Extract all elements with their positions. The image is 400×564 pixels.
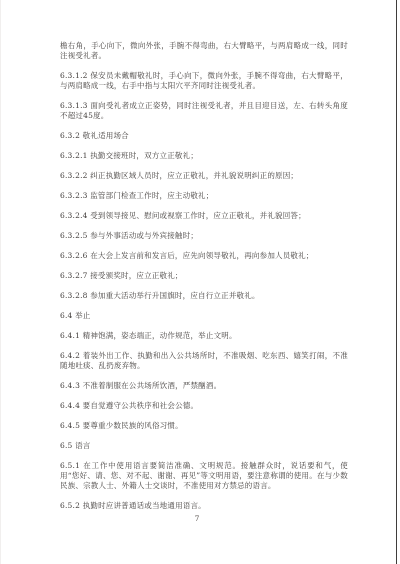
paragraph: 6.4.1 精神饱满，姿态端正，动作规范，举止文明。 — [60, 331, 348, 341]
paragraph: 6.3.1.2 保安员未戴帽敬礼时，手心向下，微向外张，手腕不得弯曲，右大臂略平… — [60, 71, 348, 91]
paragraph: 6.4.2 着装外出工作、执勤和出入公共场所时，不准吸烟、吃东西、嬉笑打闹，不准… — [60, 351, 348, 371]
paragraph: 6.5 语言 — [60, 441, 348, 451]
paragraph: 6.3.2.8 参加重大活动举行升国旗时，应自行立正并敬礼。 — [60, 291, 348, 301]
paragraph: 6.5.1 在工作中使用语言要简洁准确、文明规范。接触群众时，说话要和气，使用“… — [60, 461, 348, 491]
paragraph: 檐右角，手心向下，微向外张，手腕不得弯曲，右大臂略平，与两肩略成一线，同时注视受… — [60, 41, 348, 61]
document-page: 檐右角，手心向下，微向外张，手腕不得弯曲，右大臂略平，与两肩略成一线，同时注视受… — [0, 0, 400, 564]
scan-edge-left — [0, 0, 1, 564]
paragraph: 6.4 举止 — [60, 311, 348, 321]
page-number: 7 — [0, 514, 394, 523]
paragraph: 6.4.5 要尊重少数民族的风俗习惯。 — [60, 421, 348, 431]
paragraph: 6.3.2.6 在大会上发言前和发言后，应先向领导敬礼，再向参加人员敬礼； — [60, 251, 348, 261]
paragraph: 6.3.2.7 接受颁奖时，应立正敬礼； — [60, 271, 348, 281]
paragraph: 6.3.2.5 参与外事活动或与外宾接触时； — [60, 231, 348, 241]
paragraph: 6.3.1.3 面向受礼者成立正姿势，同时注视受礼者，并且目迎目送，左、右转头角… — [60, 101, 348, 121]
paragraph: 6.5.2 执勤时应讲普通话或当地通用语言。 — [60, 501, 348, 511]
paragraph: 6.3.2.3 监管部门检查工作时，应主动敬礼； — [60, 191, 348, 201]
document-body: 檐右角，手心向下，微向外张，手腕不得弯曲，右大臂略平，与两肩略成一线，同时注视受… — [60, 41, 348, 521]
paragraph: 6.3.2.1 执勤交接班时，双方立正敬礼； — [60, 151, 348, 161]
paragraph: 6.3.2.4 受到领导接见、慰问或视察工作时，应立正敬礼，并礼貌回答； — [60, 211, 348, 221]
paragraph: 6.4.4 要自觉遵守公共秩序和社会公德。 — [60, 401, 348, 411]
paragraph: 6.4.3 不准着制服在公共场所饮酒，严禁酗酒。 — [60, 381, 348, 391]
paragraph: 6.3.2 敬礼适用场合 — [60, 131, 348, 141]
scan-edge-right — [396, 0, 398, 564]
paragraph: 6.3.2.2 纠正执勤区域人员时，应立正敬礼，并礼貌说明纠正的原因； — [60, 171, 348, 181]
